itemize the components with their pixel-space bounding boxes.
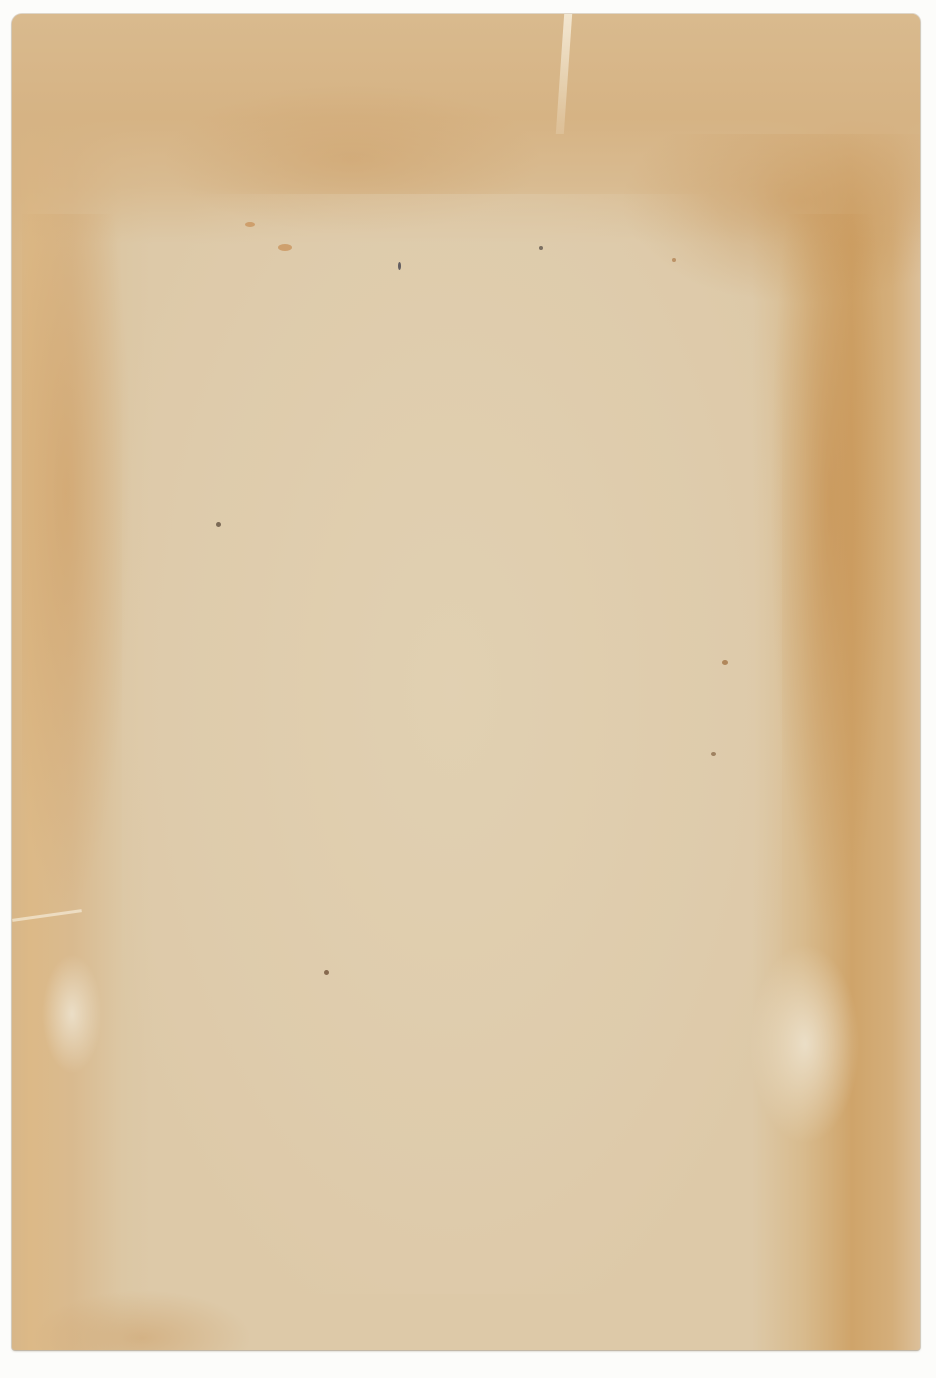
foxing-spot <box>539 246 543 250</box>
foxing-spot <box>672 258 676 262</box>
antique-card-back <box>12 14 920 1350</box>
left-edge-stain <box>22 214 132 914</box>
foxing-spot <box>324 970 329 975</box>
foxing-spot <box>216 522 221 527</box>
foxing-spot <box>278 244 292 251</box>
foxing-spot <box>398 262 401 270</box>
right-abrasion-patch <box>750 944 860 1144</box>
foxing-spot <box>711 752 716 756</box>
pale-center-panel <box>122 194 782 1294</box>
bottom-left-stain <box>32 1290 252 1350</box>
foxing-spot <box>245 222 255 227</box>
right-edge-stain <box>770 214 890 934</box>
foxing-spot <box>722 660 728 665</box>
scan-background <box>0 0 936 1378</box>
left-abrasion-patch <box>42 954 102 1074</box>
